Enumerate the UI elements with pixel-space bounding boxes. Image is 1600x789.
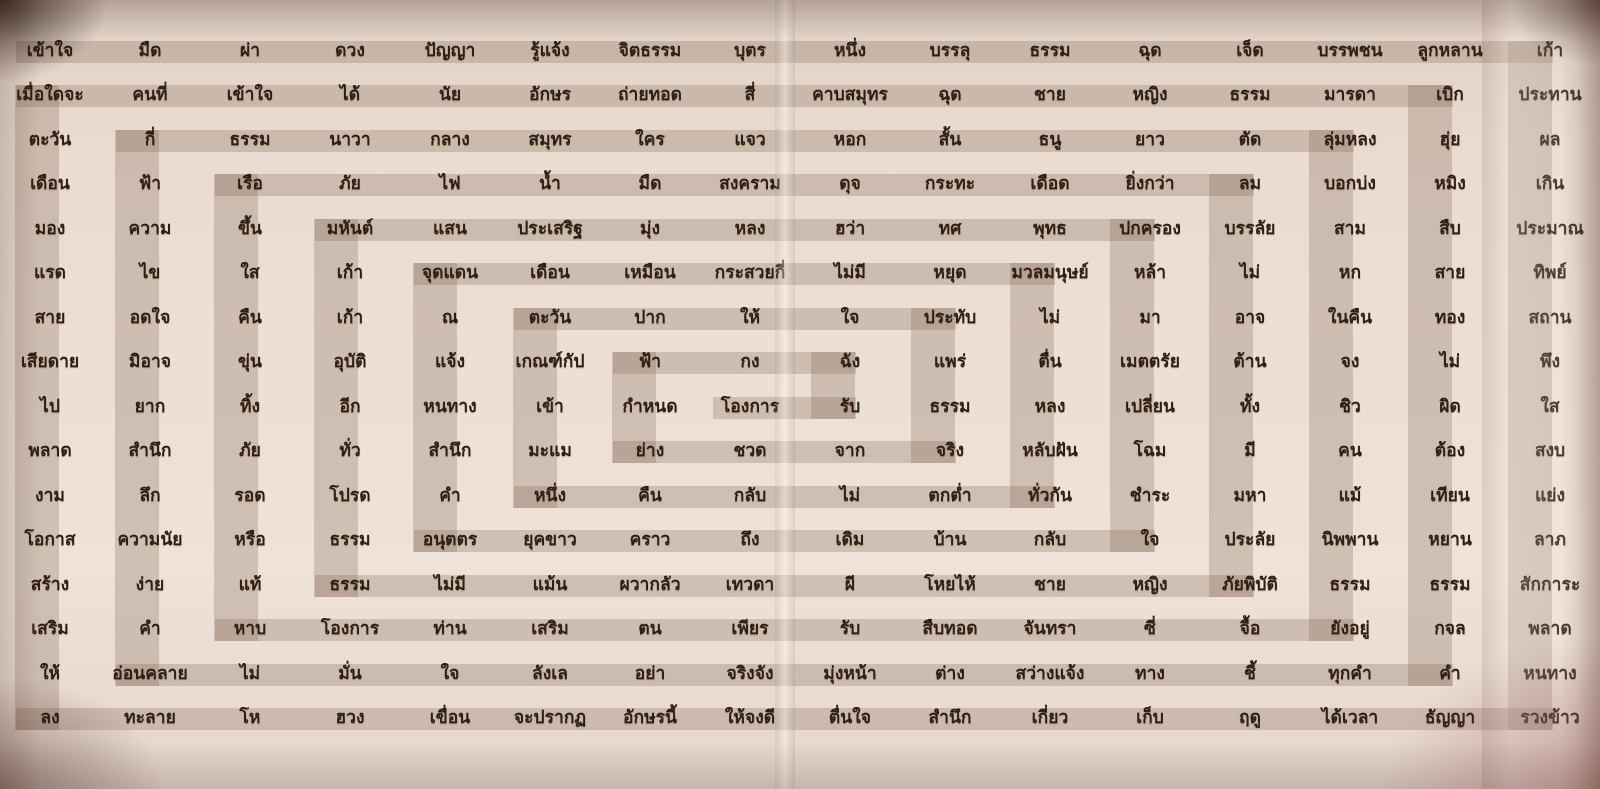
grid-word: กระทะ	[900, 162, 1000, 204]
grid-word: ใส	[200, 251, 300, 293]
grid-word: ตัด	[1200, 118, 1300, 160]
grid-word: ไข	[100, 251, 200, 293]
grid-word: รอด	[200, 474, 300, 516]
grid-word: ยาว	[1100, 118, 1200, 160]
grid-word: ธรรม	[1300, 563, 1400, 605]
grid-word: มารดา	[1300, 73, 1400, 115]
grid-word: ต้าน	[1200, 340, 1300, 382]
grid-word: อาจ	[1200, 296, 1300, 338]
grid-row: เสริมคำหาบโองการท่านเสริมตนเพียรรับสืบทอ…	[0, 607, 1600, 649]
grid-word: เสริม	[500, 607, 600, 649]
grid-word: ขุ่น	[200, 340, 300, 382]
grid-word: น้ำ	[500, 162, 600, 204]
grid-word: คำ	[1400, 652, 1500, 694]
grid-word: ชาย	[1000, 563, 1100, 605]
grid-word: ยุคขาว	[500, 518, 600, 560]
grid-word: บรรลุ	[900, 29, 1000, 71]
grid-word: แท้	[200, 563, 300, 605]
grid-word: มืด	[100, 29, 200, 71]
grid-word: ไม่	[1400, 340, 1500, 382]
grid-word: สั้น	[900, 118, 1000, 160]
grid-word: หนทาง	[1500, 652, 1600, 694]
grid-word: เดือน	[0, 162, 100, 204]
grid-word: สืบทอด	[900, 607, 1000, 649]
grid-word: เกี่ยว	[1000, 696, 1100, 738]
grid-word: อนุตตร	[400, 518, 500, 560]
grid-word: แจว	[700, 118, 800, 160]
grid-word: นัย	[400, 73, 500, 115]
grid-word: ลูกหลาน	[1400, 29, 1500, 71]
grid-word: ทั่ว	[300, 429, 400, 471]
grid-word: บรรลัย	[1200, 207, 1300, 249]
grid-word: ธรรม	[1200, 73, 1300, 115]
grid-word: ณ	[400, 296, 500, 338]
grid-word: สักการะ	[1500, 563, 1600, 605]
grid-word: สำนึก	[100, 429, 200, 471]
grid-word: งาม	[0, 474, 100, 516]
grid-word: มวลมนุษย์	[1000, 251, 1100, 293]
grid-word: หล้า	[1100, 251, 1200, 293]
grid-word: มิอาจ	[100, 340, 200, 382]
grid-word: เข้า	[500, 385, 600, 427]
grid-word: ผี	[800, 563, 900, 605]
grid-word: อีก	[300, 385, 400, 427]
grid-word: คน	[1300, 429, 1400, 471]
grid-word: ให้จงดี	[700, 696, 800, 738]
grid-row: งามลึกรอดโปรดคำหนึ่งคืนกลับไม่ตกต่ำทั่วก…	[0, 474, 1600, 516]
grid-word: ตะวัน	[500, 296, 600, 338]
grid-word: ธนู	[1000, 118, 1100, 160]
grid-word: ต้อง	[1400, 429, 1500, 471]
grid-word: ไป	[0, 385, 100, 427]
grid-word: ลาภ	[1500, 518, 1600, 560]
grid-word: มหา	[1200, 474, 1300, 516]
grid-row: สร้างง่ายแท้ธรรมไม่มีแม้นผวากลัวเทวดาผีโ…	[0, 563, 1600, 605]
grid-word: สงคราม	[700, 162, 800, 204]
grid-word: จันทรา	[1000, 607, 1100, 649]
grid-word: หญิง	[1100, 563, 1200, 605]
grid-word: ภัย	[200, 429, 300, 471]
grid-word: พลาด	[0, 429, 100, 471]
grid-word: เข้าใจ	[0, 29, 100, 71]
grid-word: ทุกคำ	[1300, 652, 1400, 694]
grid-word: ธัญญา	[1400, 696, 1500, 738]
grid-word: ง่าย	[100, 563, 200, 605]
grid-word: กลับ	[700, 474, 800, 516]
grid-row: มองความขึ้นมหันต์แสนประเสริฐมุ่งหลงฮว่าท…	[0, 207, 1600, 249]
grid-word: เรือ	[200, 162, 300, 204]
grid-word: จื้อ	[1200, 607, 1300, 649]
grid-word: มอง	[0, 207, 100, 249]
grid-word: พึง	[1500, 340, 1600, 382]
grid-word: เก็บ	[1100, 696, 1200, 738]
grid-word: ใจ	[1100, 518, 1200, 560]
grid-word: เปลี่ยน	[1100, 385, 1200, 427]
grid-word: ถ่ายทอด	[600, 73, 700, 115]
grid-word: ฮุ่ย	[1400, 118, 1500, 160]
grid-word: ปาก	[600, 296, 700, 338]
grid-word: มหันต์	[300, 207, 400, 249]
grid-word: เกิน	[1500, 162, 1600, 204]
grid-word: โอกาส	[0, 518, 100, 560]
grid-word: ประมาณ	[1500, 207, 1600, 249]
grid-word: หนึ่ง	[500, 474, 600, 516]
grid-word: ยาก	[100, 385, 200, 427]
grid-word: รู้แจ้ง	[500, 29, 600, 71]
grid-word: สร้าง	[0, 563, 100, 605]
grid-word: มี	[1200, 429, 1300, 471]
grid-word: สาย	[0, 296, 100, 338]
grid-word: นิพพาน	[1300, 518, 1400, 560]
grid-word: ลม	[1200, 162, 1300, 204]
grid-word: ประทาน	[1500, 73, 1600, 115]
grid-word: สมุทร	[500, 118, 600, 160]
grid-word: ตน	[600, 607, 700, 649]
grid-word: คำ	[100, 607, 200, 649]
grid-word: ฉัง	[800, 340, 900, 382]
grid-word: แพร่	[900, 340, 1000, 382]
grid-word: หอก	[800, 118, 900, 160]
grid-word: จริงจัง	[700, 652, 800, 694]
grid-word: ฮวง	[300, 696, 400, 738]
grid-row: ตะวันกี่ธรรมนาวากลางสมุทรใครแจวหอกสั้นธน…	[0, 118, 1600, 160]
grid-word: ผวากลัว	[600, 563, 700, 605]
grid-word: เพียร	[700, 607, 800, 649]
grid-word: จง	[1300, 340, 1400, 382]
grid-word: มั่น	[300, 652, 400, 694]
grid-word: กระสวยกี่	[700, 251, 800, 293]
grid-word: ภัย	[300, 162, 400, 204]
grid-word: แม้	[1300, 474, 1400, 516]
grid-word: กง	[700, 340, 800, 382]
grid-word: ไม่มี	[400, 563, 500, 605]
grid-word: มืด	[600, 162, 700, 204]
grid-word: ไม่	[200, 652, 300, 694]
grid-word: เบิก	[1400, 73, 1500, 115]
grid-word: ทั่วกัน	[1000, 474, 1100, 516]
grid-word: สถาน	[1500, 296, 1600, 338]
grid-word: ดวง	[300, 29, 400, 71]
grid-word: ไฟ	[400, 162, 500, 204]
grid-word: ท่าน	[400, 607, 500, 649]
grid-word: ตื่น	[1000, 340, 1100, 382]
grid-row: ให้อ่อนคลายไม่มั่นใจลังเลอย่าจริงจังมุ่ง…	[0, 652, 1600, 694]
grid-word: เสริม	[0, 607, 100, 649]
grid-word: ฟ้า	[600, 340, 700, 382]
grid-word: บุตร	[700, 29, 800, 71]
grid-word: เก้า	[300, 251, 400, 293]
grid-word: ภัยพิบัติ	[1200, 563, 1300, 605]
grid-word: ถึง	[700, 518, 800, 560]
grid-word: อักษรนี้	[600, 696, 700, 738]
grid-word: แจ้ง	[400, 340, 500, 382]
grid-word: ลง	[0, 696, 100, 738]
grid-word: สำนึก	[400, 429, 500, 471]
grid-word: ธรรม	[1000, 29, 1100, 71]
grid-word: บอกบ่ง	[1300, 162, 1400, 204]
grid-word: เก้า	[1500, 29, 1600, 71]
grid-word: ใจ	[400, 652, 500, 694]
grid-word: โฉม	[1100, 429, 1200, 471]
grid-word: สาม	[1300, 207, 1400, 249]
grid-word: ไม่	[1000, 296, 1100, 338]
grid-word: จาก	[800, 429, 900, 471]
grid-word: แย่ง	[1500, 474, 1600, 516]
grid-word: ยิ่งกว่า	[1100, 162, 1200, 204]
grid-word: หรือ	[200, 518, 300, 560]
grid-word: โปรด	[300, 474, 400, 516]
grid-word: คนที่	[100, 73, 200, 115]
grid-word: ขึ้น	[200, 207, 300, 249]
grid-word: ความ	[100, 207, 200, 249]
grid-word: ทิ้ง	[200, 385, 300, 427]
grid-word: แสน	[400, 207, 500, 249]
grid-word: ฮว่า	[800, 207, 900, 249]
grid-word: รับ	[800, 385, 900, 427]
grid-word: รวงข้าว	[1500, 696, 1600, 738]
grid-word: ชิว	[1300, 385, 1400, 427]
grid-word: เก้า	[300, 296, 400, 338]
grid-word: กลาง	[400, 118, 500, 160]
grid-word: ประทับ	[900, 296, 1000, 338]
grid-word: กำหนด	[600, 385, 700, 427]
grid-word: กี่	[100, 118, 200, 160]
grid-word: สว่างแจ้ง	[1000, 652, 1100, 694]
grid-word: หลง	[1000, 385, 1100, 427]
grid-word: ธรรม	[300, 563, 400, 605]
grid-word: ทิพย์	[1500, 251, 1600, 293]
grid-row: เดือนฟ้าเรือภัยไฟน้ำมืดสงครามดุจกระทะเดื…	[0, 162, 1600, 204]
grid-word: ทาง	[1100, 652, 1200, 694]
grid-row: ลงทะลายโหฮวงเขื่อนจะปรากฏอักษรนี้ให้จงดี…	[0, 696, 1600, 738]
grid-word: ลังเล	[500, 652, 600, 694]
grid-word: จิตธรรม	[600, 29, 700, 71]
grid-row: เมื่อใดจะคนที่เข้าใจได้นัยอักษรถ่ายทอดสี…	[0, 73, 1600, 115]
grid-row: ไปยากทิ้งอีกหนทางเข้ากำหนดโองการรับธรรมห…	[0, 385, 1600, 427]
grid-word: หาบ	[200, 607, 300, 649]
grid-row: แรดไขใสเก้าจุดแดนเดือนเหมือนกระสวยกี่ไม่…	[0, 251, 1600, 293]
grid-word: เข้าใจ	[200, 73, 300, 115]
grid-word: เดือด	[1000, 162, 1100, 204]
grid-word: พุทธ	[1000, 207, 1100, 249]
grid-row: โอกาสความนัยหรือธรรมอนุตตรยุคขาวคราวถึงเ…	[0, 518, 1600, 560]
grid-word: ทั้ง	[1200, 385, 1300, 427]
grid-word: สืบ	[1400, 207, 1500, 249]
grid-word: จริง	[900, 429, 1000, 471]
grid-word: อ่อนคลาย	[100, 652, 200, 694]
grid-word: กจล	[1400, 607, 1500, 649]
grid-word: ตะวัน	[0, 118, 100, 160]
grid-word: เกณฑ์กัป	[500, 340, 600, 382]
grid-word: ผ่า	[200, 29, 300, 71]
grid-word: ปัญญา	[400, 29, 500, 71]
grid-word: ใส	[1500, 385, 1600, 427]
grid-word: เขื่อน	[400, 696, 500, 738]
grid-word: ไม่	[1200, 251, 1300, 293]
grid-word: ในคืน	[1300, 296, 1400, 338]
grid-word: ชาย	[1000, 73, 1100, 115]
grid-word: หยุด	[900, 251, 1000, 293]
grid-word: บ้าน	[900, 518, 1000, 560]
grid-word: ธรรม	[300, 518, 400, 560]
grid-word: เมื่อใดจะ	[0, 73, 100, 115]
grid-word: ได้	[300, 73, 400, 115]
grid-word: คราว	[600, 518, 700, 560]
grid-word: อักษร	[500, 73, 600, 115]
grid-word: ธรรม	[1400, 563, 1500, 605]
photographed-page: เข้าใจมืดผ่าดวงปัญญารู้แจ้งจิตธรรมบุตรหน…	[0, 0, 1600, 789]
grid-word: ประเสริฐ	[500, 207, 600, 249]
grid-word: ชำระ	[1100, 474, 1200, 516]
grid-word: เสียดาย	[0, 340, 100, 382]
grid-word: ฉุด	[900, 73, 1000, 115]
grid-word: ธรรม	[200, 118, 300, 160]
grid-word: ธรรม	[900, 385, 1000, 427]
grid-word: ฤดู	[1200, 696, 1300, 738]
grid-word: อดใจ	[100, 296, 200, 338]
grid-word: ความนัย	[100, 518, 200, 560]
grid-word: ใจ	[800, 296, 900, 338]
grid-word: ซี่	[1100, 607, 1200, 649]
grid-word: โองการ	[700, 385, 800, 427]
grid-word: หลับฝัน	[1000, 429, 1100, 471]
grid-word: สาย	[1400, 251, 1500, 293]
grid-word: ให้	[0, 652, 100, 694]
grid-word: หนึ่ง	[800, 29, 900, 71]
grid-word: ปกครอง	[1100, 207, 1200, 249]
grid-word: กลับ	[1000, 518, 1100, 560]
grid-word: ฉุด	[1100, 29, 1200, 71]
grid-word: ชี้	[1200, 652, 1300, 694]
grid-word: ย่าง	[600, 429, 700, 471]
grid-word: แรด	[0, 251, 100, 293]
grid-word: ผล	[1500, 118, 1600, 160]
grid-row: สายอดใจคืนเก้าณตะวันปากให้ใจประทับไม่มาอ…	[0, 296, 1600, 338]
grid-word: คาบสมุทร	[800, 73, 900, 115]
grid-word: คืน	[600, 474, 700, 516]
grid-word: อุบัติ	[300, 340, 400, 382]
grid-word: สี่	[700, 73, 800, 115]
grid-word: ไม่มี	[800, 251, 900, 293]
grid-word: ต่าง	[900, 652, 1000, 694]
grid-row: พลาดสำนึกภัยทั่วสำนึกมะแมย่างชวดจากจริงห…	[0, 429, 1600, 471]
grid-word: ผิด	[1400, 385, 1500, 427]
grid-word: ไม่	[800, 474, 900, 516]
grid-word: ใคร	[600, 118, 700, 160]
grid-word: ได้เวลา	[1300, 696, 1400, 738]
grid-word: ตื่นใจ	[800, 696, 900, 738]
grid-word: บรรพชน	[1300, 29, 1400, 71]
grid-word: โห	[200, 696, 300, 738]
grid-word: แม้น	[500, 563, 600, 605]
grid-word: โหยไห้	[900, 563, 1000, 605]
grid-word: เหมือน	[600, 251, 700, 293]
grid-word: ชวด	[700, 429, 800, 471]
grid-word: หก	[1300, 251, 1400, 293]
grid-word: ทศ	[900, 207, 1000, 249]
grid-word: ทะลาย	[100, 696, 200, 738]
grid-word: ประลัย	[1200, 518, 1300, 560]
grid-word: มุ่งหน้า	[800, 652, 900, 694]
grid-word: หยาน	[1400, 518, 1500, 560]
grid-word: เดือน	[500, 251, 600, 293]
grid-word: คำ	[400, 474, 500, 516]
grid-word: ฟ้า	[100, 162, 200, 204]
grid-word: เทวดา	[700, 563, 800, 605]
grid-word: เมตตรัย	[1100, 340, 1200, 382]
grid-word: พลาด	[1500, 607, 1600, 649]
grid-word: มุ่ง	[600, 207, 700, 249]
grid-word: รับ	[800, 607, 900, 649]
grid-word: เจ็ด	[1200, 29, 1300, 71]
grid-word: หลง	[700, 207, 800, 249]
grid-word: จะปรากฏ	[500, 696, 600, 738]
grid-row: เสียดายมิอาจขุ่นอุบัติแจ้งเกณฑ์กัปฟ้ากงฉ…	[0, 340, 1600, 382]
grid-word: สำนึก	[900, 696, 1000, 738]
grid-word: ตกต่ำ	[900, 474, 1000, 516]
grid-word: เทียน	[1400, 474, 1500, 516]
grid-word: โองการ	[300, 607, 400, 649]
grid-word: ให้	[700, 296, 800, 338]
grid-word: อย่า	[600, 652, 700, 694]
grid-word: หมิง	[1400, 162, 1500, 204]
grid-word: สงบ	[1500, 429, 1600, 471]
grid-word: ลึก	[100, 474, 200, 516]
grid-row: เข้าใจมืดผ่าดวงปัญญารู้แจ้งจิตธรรมบุตรหน…	[0, 29, 1600, 71]
grid-word: นาวา	[300, 118, 400, 160]
grid-word: มา	[1100, 296, 1200, 338]
grid-word: หญิง	[1100, 73, 1200, 115]
grid-word: ลุ่มหลง	[1300, 118, 1400, 160]
grid-word: คืน	[200, 296, 300, 338]
grid-word: เดิม	[800, 518, 900, 560]
grid-word: ดุจ	[800, 162, 900, 204]
grid-word: หนทาง	[400, 385, 500, 427]
grid-word: จุดแดน	[400, 251, 500, 293]
grid-word: ยังอยู่	[1300, 607, 1400, 649]
grid-word: ทอง	[1400, 296, 1500, 338]
grid-word: มะแม	[500, 429, 600, 471]
